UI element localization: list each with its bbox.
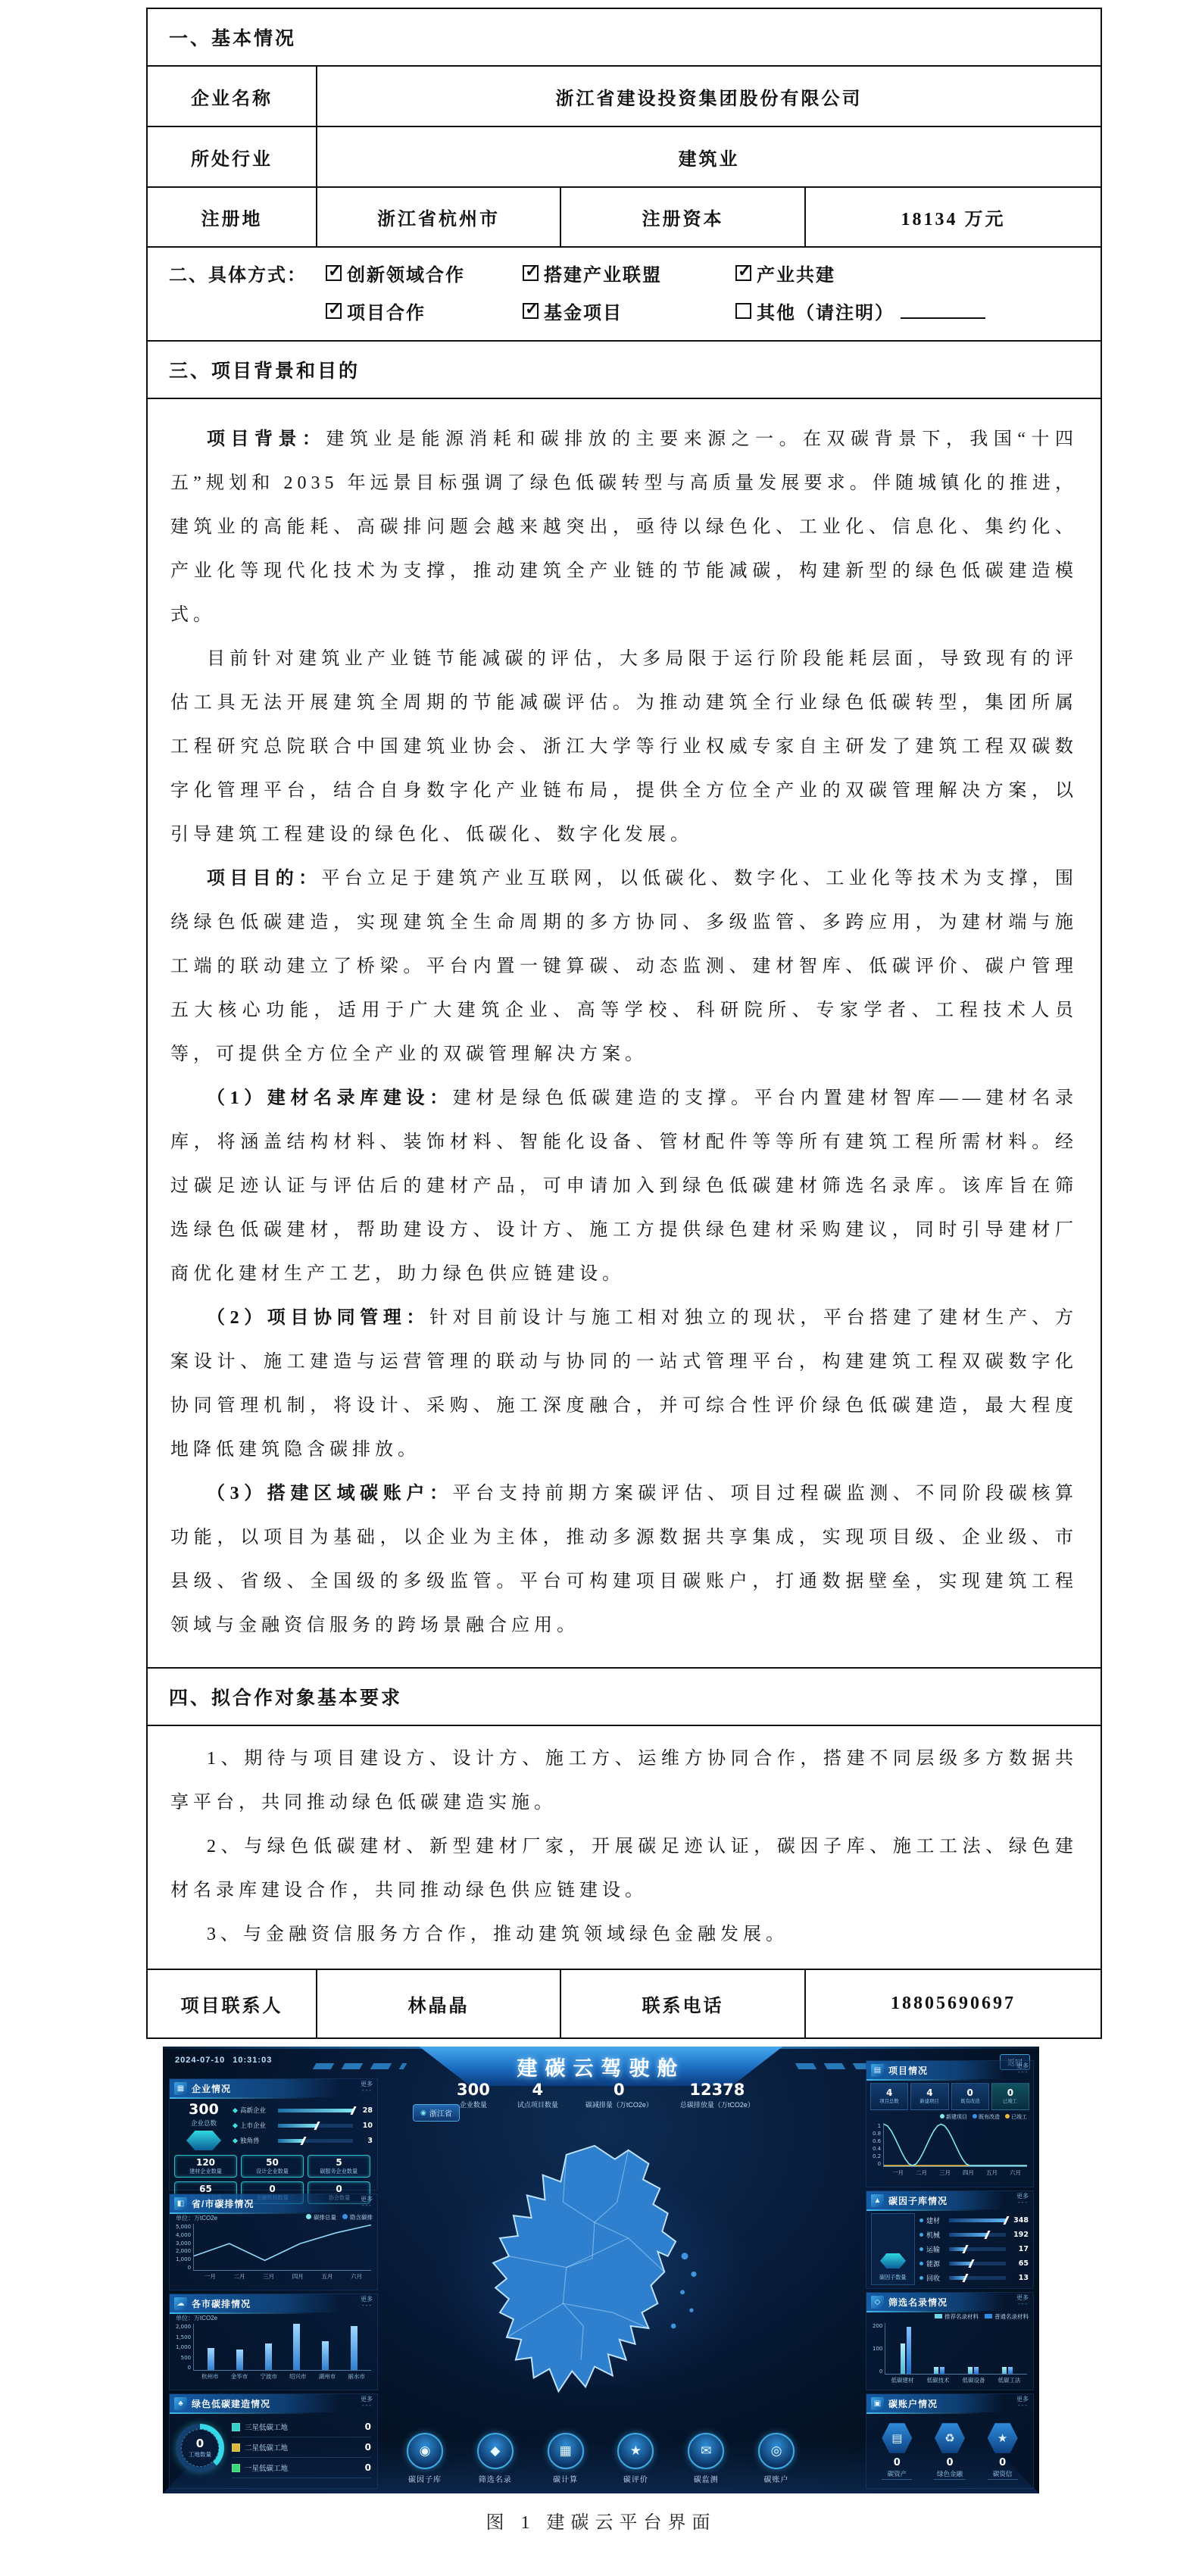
list-item-three-star: 三星低碳工地 0 xyxy=(232,2417,371,2437)
bar-fill xyxy=(278,2139,303,2143)
paragraph: （3）搭建区域碳账户：平台支持前期方案碳评估、项目过程碳监测、不同阶段碳核算功能… xyxy=(170,1472,1078,1647)
more-link[interactable]: 更多--- xyxy=(1016,2396,1029,2409)
y-axis-ticks: 2001000 xyxy=(873,2323,885,2375)
factor-row-recycle: 回收13 xyxy=(919,2271,1029,2285)
bar-value: 3 xyxy=(356,2137,373,2145)
paragraph: 1、期待与项目建设方、设计方、施工方、运维方协同合作，搭建不同层级多方数据共享平… xyxy=(170,1737,1078,1825)
diamond-bullet-icon xyxy=(233,2137,238,2143)
panel-header: ◧ 省/市碳排情况 更多--- xyxy=(170,2194,377,2212)
site-count-gauge: 0 工地数量 xyxy=(176,2424,224,2472)
legend-item: 隐含碳排 xyxy=(342,2213,373,2222)
checkbox-option-co-build[interactable]: 产业共建 xyxy=(735,260,835,286)
panel-province-emission: ◧ 省/市碳排情况 更多--- 碳排总量 隐含碳排 单位：万tCO2e 5,00… xyxy=(169,2194,378,2290)
figure-caption: 图 1 建碳云平台界面 xyxy=(163,2507,1039,2544)
nav-carbon-calc[interactable]: ▦ 碳计算 xyxy=(548,2433,584,2484)
section-title: 一、基本情况 xyxy=(169,23,296,51)
section-basic-info-header: 一、基本情况 xyxy=(148,9,1101,65)
option-label: 搭建产业联盟 xyxy=(544,260,662,286)
section-requirements-body: 1、期待与项目建设方、设计方、施工方、运维方协同合作，搭建不同层级多方数据共享平… xyxy=(148,1725,1101,1969)
zhejiang-province-map[interactable] xyxy=(413,2134,776,2416)
reg-place-label: 注册地 xyxy=(148,188,316,246)
bar-track xyxy=(278,2124,353,2128)
x-axis-labels: 杭州市金华市宁波市绍兴市湖州市丽水市 xyxy=(170,2371,377,2381)
plot-area xyxy=(885,2323,1027,2375)
panel-carbon-account: ▣ 碳账户情况 更多--- ▤ 0 碳资产 ♻ 0 绿色金融 ★ 0 xyxy=(866,2393,1034,2489)
item-value: 0 xyxy=(365,2442,371,2453)
region-selector[interactable]: ◉ 浙江省 xyxy=(413,2104,460,2122)
stat-label: 试点项目数量 xyxy=(517,2100,558,2109)
checkbox-option-alliance[interactable]: 搭建产业联盟 xyxy=(523,260,735,286)
item-label: 碳资产 xyxy=(882,2468,912,2480)
contact-phone-label: 联系电话 xyxy=(560,1970,804,2037)
nav-label: 碳计算 xyxy=(548,2473,584,2484)
methods-line-1: 二、具体方式： 创新领域合作 搭建产业联盟 产业共建 xyxy=(169,254,1101,292)
chart-icon: ◧ xyxy=(174,2197,187,2210)
panel-city-emission: ☁ 各市碳排情况 更多--- 单位：万tCO2e 2,0001,5001,000… xyxy=(169,2293,378,2390)
panel-header: ▲ 碳因子库情况 更多--- xyxy=(866,2191,1033,2209)
panel-title: 绿色低碳建造情况 xyxy=(192,2397,270,2410)
more-link[interactable]: 更多--- xyxy=(1016,2194,1029,2206)
catalog-icon: ◆ xyxy=(477,2433,514,2469)
swatch-icon xyxy=(232,2464,240,2472)
paragraph: （2）项目协同管理：针对目前设计与施工相对独立的现状，平台搭建了建材生产、方案设… xyxy=(170,1296,1078,1472)
date-text: 2024-07-10 xyxy=(175,2056,225,2065)
diamond-bullet-icon xyxy=(233,2107,238,2112)
banner-decor-left xyxy=(313,2063,407,2069)
item-value: 0 xyxy=(365,2462,371,2473)
paragraph-text: 目前针对建筑业产业链节能减碳的评估，大多局限于运行阶段能耗层面，导致现有的评估工… xyxy=(170,649,1078,845)
x-axis-labels: 一月二月三月四月五月六月 xyxy=(170,2271,377,2281)
grouped-bar-chart: 2001000 xyxy=(866,2322,1033,2375)
nav-label: 碳账户 xyxy=(758,2473,795,2484)
building-icon: ▦ xyxy=(174,2082,187,2095)
reg-capital-label: 注册资本 xyxy=(560,188,804,246)
legend-swatch xyxy=(306,2214,311,2219)
legend-swatch xyxy=(342,2214,348,2219)
hex-decor xyxy=(880,2253,906,2268)
stat-carbon-reduction: 0 碳减排量（万tCO2e） xyxy=(585,2081,653,2109)
panel-title: 碳账户情况 xyxy=(888,2397,938,2410)
nav-label: 碳因子库 xyxy=(407,2473,443,2484)
swatch-icon xyxy=(232,2443,240,2452)
more-link[interactable]: 更多--- xyxy=(361,2396,373,2409)
nav-catalog-screening[interactable]: ◆ 筛选名录 xyxy=(477,2433,514,2484)
panel-header: ☁ 各市碳排情况 更多--- xyxy=(170,2294,377,2312)
other-fill-in-blank[interactable] xyxy=(901,302,985,319)
x-axis-labels: 一月二月三月四月五月六月 xyxy=(866,2167,1033,2177)
hex-platform-decor xyxy=(186,2131,221,2150)
bar-track xyxy=(278,2109,353,2112)
factor-total-label: 碳因子数量 xyxy=(879,2273,907,2281)
paragraph: 3、与金融资信服务方合作，推动建筑领域绿色金融发展。 xyxy=(170,1912,1078,1956)
stat-value: 4 xyxy=(517,2081,558,2098)
plot-area xyxy=(193,2224,371,2271)
checkbox-icon[interactable] xyxy=(326,265,342,281)
carbon-factor-icon: ◉ xyxy=(407,2433,443,2469)
paragraph: 项目目的：平台立足于建筑产业互联网，以低碳化、数字化、工业化等技术为支撑，围绕绿… xyxy=(170,857,1078,1076)
y-axis-ticks: 2,0001,5001,0005000 xyxy=(176,2324,193,2371)
company-name-value: 浙江省建设投资集团股份有限公司 xyxy=(316,67,1101,126)
carbon-cloud-dashboard: 2024-07-10 10:31:03 建碳云驾驶舱 返回 300 企业数量 4… xyxy=(163,2047,1039,2493)
section-requirements-header: 四、拟合作对象基本要求 xyxy=(148,1667,1101,1725)
legend-item: 既有改造 xyxy=(973,2113,1000,2121)
green-body: 0 工地数量 三星低碳工地 0 二星低碳工地 0 xyxy=(170,2412,377,2483)
more-link[interactable]: 更多--- xyxy=(1016,2063,1029,2075)
stat-total-emissions: 12378 总碳排放量（万tCO2e） xyxy=(680,2081,754,2109)
contact-name: 林晶晶 xyxy=(316,1970,560,2037)
reg-capital-value: 18134 万元 xyxy=(804,188,1101,246)
factor-rows: 建材348 机械192 运输17 能源65 回收13 xyxy=(919,2213,1029,2285)
dashboard-nav: ◉ 碳因子库 ◆ 筛选名录 ▦ 碳计算 ★ 碳评价 ✉ 碳监测 ◎ 碳账户 xyxy=(407,2433,795,2484)
panel-title: 省/市碳排情况 xyxy=(192,2197,254,2210)
checkbox-option-innovation[interactable]: 创新领域合作 xyxy=(326,260,523,286)
total-label: 企业总数 xyxy=(174,2119,233,2128)
panel-header: ♣ 绿色低碳建造情况 更多--- xyxy=(170,2394,377,2412)
stat-label: 企业数量 xyxy=(457,2100,490,2109)
card-carbon-service-enterprises: 5碳服务企业数量 xyxy=(308,2155,370,2178)
factor-row-energy: 能源65 xyxy=(919,2256,1029,2271)
paragraph: 项目背景：建筑业是能源消耗和碳排放的主要来源之一。在双碳背景下，我国“十四五”规… xyxy=(170,417,1078,637)
item-value: 0 xyxy=(934,2457,966,2468)
nav-carbon-factor-library[interactable]: ◉ 碳因子库 xyxy=(407,2433,443,2484)
panel-header: ▤ 项目情况 更多--- xyxy=(866,2061,1033,2079)
chart-legend: 新建项目 既有改造 已竣工 xyxy=(866,2112,1033,2122)
bar-value: 10 xyxy=(356,2122,373,2130)
paragraph-text: 平台支持前期方案碳评估、项目过程碳监测、不同阶段碳核算功能，以项目为基础，以企业… xyxy=(170,1484,1078,1635)
panel-title: 各市碳排情况 xyxy=(192,2297,251,2310)
contact-phone-value: 18805690697 xyxy=(804,1970,1101,2037)
region-name: 浙江省 xyxy=(429,2107,452,2119)
paragraph: （1）建材名录库建设：建材是绿色低碳建造的支撑。平台内置建材智库——建材名录库，… xyxy=(170,1076,1078,1296)
item-label: 一星低碳工地 xyxy=(245,2462,365,2473)
message-icon: ✉ xyxy=(688,2433,724,2469)
panel-header: ◇ 筛选名录情况 更多--- xyxy=(866,2293,1033,2311)
factor-body: 碳因子数量 建材348 机械192 运输17 能源65 回收13 xyxy=(866,2209,1033,2289)
company-name-label: 企业名称 xyxy=(148,67,316,126)
dashboard-title: 建碳云驾驶舱 xyxy=(517,2052,685,2081)
panel-title: 筛选名录情况 xyxy=(888,2296,948,2309)
leaf-icon: ♣ xyxy=(174,2397,187,2410)
more-link[interactable]: 更多--- xyxy=(361,2197,373,2209)
card-retrofit-projects: 0既有改造 xyxy=(951,2083,989,2110)
item-label: 绿色金融 xyxy=(934,2468,966,2480)
option-label: 其他（请注明） xyxy=(757,298,894,324)
panel-title: 项目情况 xyxy=(888,2064,928,2077)
legend-swatch xyxy=(935,2314,942,2318)
table-row-company-name: 企业名称 浙江省建设投资集团股份有限公司 xyxy=(148,65,1101,126)
paragraph: 目前针对建筑业产业链节能减碳的评估，大多局限于运行阶段能耗层面，导致现有的评估工… xyxy=(170,637,1078,857)
gauge-label: 工地数量 xyxy=(189,2450,211,2459)
legend-swatch xyxy=(985,2314,992,2318)
paragraph-lead: 项目背景： xyxy=(207,429,326,449)
x-axis-labels: 低碳建材低碳技术低碳设备低碳工法 xyxy=(866,2375,1033,2384)
total-value: 300 xyxy=(174,2101,233,2118)
y-axis-ticks: 10.80.60.40.20 xyxy=(873,2123,883,2167)
enterprise-total: 300 企业总数 xyxy=(174,2101,233,2150)
cloud-icon: ☁ xyxy=(174,2297,187,2310)
location-pin-icon: ◉ xyxy=(420,2109,426,2117)
checkbox-icon[interactable] xyxy=(735,303,751,319)
ledger-icon: ▣ xyxy=(871,2397,884,2410)
section-background-header: 三、项目背景和目的 xyxy=(148,340,1101,398)
paragraph-lead: 项目目的： xyxy=(207,869,321,888)
table-row-contact: 项目联系人 林晶晶 联系电话 18805690697 xyxy=(148,1969,1101,2037)
recycle-icon: ♻ xyxy=(935,2421,965,2455)
triangle-icon: ▲ xyxy=(871,2194,884,2207)
nav-label: 碳评价 xyxy=(617,2473,654,2484)
enterprise-summary: 300 企业总数 高新企业 28 上市企业 10 xyxy=(170,2097,377,2152)
line-chart: 5,0004,0003,0002,0001,0000 xyxy=(170,2222,377,2271)
card-design-enterprises: 50设计企业数量 xyxy=(241,2155,304,2178)
legend-item: 碳排总量 xyxy=(306,2213,336,2222)
section-title: 三、项目背景和目的 xyxy=(169,356,360,383)
panel-enterprise: ▦ 企业情况 更多--- 300 企业总数 高新企业 28 xyxy=(169,2078,378,2190)
diamond-icon: ◇ xyxy=(871,2296,884,2309)
folder-icon: ▤ xyxy=(871,2064,884,2077)
stat-value: 300 xyxy=(457,2081,490,2098)
datetime: 2024-07-10 10:31:03 xyxy=(175,2056,272,2065)
checkbox-option-other[interactable]: 其他（请注明） xyxy=(735,298,985,324)
bar-fill xyxy=(278,2109,353,2112)
legend-item: 推荐名录材料 xyxy=(935,2312,979,2321)
item-value: 0 xyxy=(882,2457,912,2468)
nav-label: 筛选名录 xyxy=(477,2473,514,2484)
chart-legend: 推荐名录材料 普通名录材料 xyxy=(935,2312,1029,2321)
bar-track xyxy=(278,2139,353,2143)
paragraph-lead: （1）建材名录库建设： xyxy=(207,1088,453,1108)
bar-value: 28 xyxy=(356,2106,373,2115)
industry-value: 建筑业 xyxy=(316,127,1101,186)
checkbox-icon[interactable] xyxy=(523,265,539,281)
reg-place-value: 浙江省杭州市 xyxy=(316,188,560,246)
stat-label: 总碳排放量（万tCO2e） xyxy=(680,2100,754,2109)
disc-icon: ◎ xyxy=(758,2433,795,2469)
item-label: 碳资信 xyxy=(988,2468,1018,2480)
coins-icon: ▤ xyxy=(882,2421,912,2455)
factor-row-transport: 运输17 xyxy=(919,2242,1029,2256)
paragraph-lead: （2）项目协同管理： xyxy=(207,1308,429,1328)
factor-row-machinery: 机械192 xyxy=(919,2228,1029,2242)
paragraph-text: 建筑业是能源消耗和碳排放的主要来源之一。在双碳背景下，我国“十四五”规划和 20… xyxy=(170,429,1078,625)
swatch-icon xyxy=(232,2423,240,2431)
more-link[interactable]: 更多--- xyxy=(361,2081,373,2094)
checkbox-option-fund[interactable]: 基金项目 xyxy=(523,298,735,324)
gauge-value: 0 xyxy=(196,2437,204,2450)
stat-enterprises: 300 企业数量 xyxy=(457,2081,490,2109)
site-list: 三星低碳工地 0 二星低碳工地 0 一星低碳工地 0 xyxy=(224,2417,371,2478)
bar-chart: 2,0001,5001,0005000 xyxy=(170,2322,377,2371)
stat-value: 12378 xyxy=(680,2081,754,2098)
methods-line-2: 项目合作 基金项目 其他（请注明） xyxy=(169,292,1101,329)
legend-item: 普通名录材料 xyxy=(985,2312,1029,2321)
table-row-registration: 注册地 浙江省杭州市 注册资本 18134 万元 xyxy=(148,186,1101,246)
option-label: 产业共建 xyxy=(757,260,835,286)
stat-value: 0 xyxy=(585,2081,653,2098)
section-background-body: 项目背景：建筑业是能源消耗和碳排放的主要来源之一。在双碳背景下，我国“十四五”规… xyxy=(148,398,1101,1667)
item-label: 三星低碳工地 xyxy=(245,2421,365,2432)
legend-item: 已竣工 xyxy=(1005,2113,1027,2121)
panel-title: 碳因子库情况 xyxy=(888,2194,948,2207)
account-item-carbon-credit: ★ 0 碳资信 xyxy=(988,2421,1018,2480)
chart-legend: 碳排总量 隐含碳排 xyxy=(306,2213,373,2222)
item-value: 0 xyxy=(365,2421,371,2432)
card-project-total: 4项目总数 xyxy=(870,2083,908,2110)
document-page: 一、基本情况 企业名称 浙江省建设投资集团股份有限公司 所处行业 建筑业 注册地… xyxy=(0,8,1202,2576)
account-item-green-finance: ♻ 0 绿色金融 xyxy=(934,2421,966,2480)
account-item-carbon-assets: ▤ 0 碳资产 xyxy=(882,2421,912,2480)
panel-green-construction: ♣ 绿色低碳建造情况 更多--- 0 工地数量 三星低碳工地 0 xyxy=(169,2393,378,2489)
more-link[interactable]: 更多--- xyxy=(361,2297,373,2309)
bar-label: 上市企业 xyxy=(240,2121,275,2130)
paragraph-text: 针对目前设计与施工相对独立的现状，平台搭建了建材生产、方案设计、施工建造与运营管… xyxy=(170,1308,1078,1460)
nav-carbon-account[interactable]: ◎ 碳账户 xyxy=(758,2433,795,2484)
contact-label: 项目联系人 xyxy=(148,1970,316,2037)
diamond-bullet-icon xyxy=(233,2122,238,2128)
bar-label: 高新企业 xyxy=(240,2106,275,2115)
nav-carbon-evaluation[interactable]: ★ 碳评价 xyxy=(617,2433,654,2484)
panel-project: ▤ 项目情况 更多--- 4项目总数 4新建项目 0既有改造 0已竣工 新建项目… xyxy=(866,2060,1034,2187)
bar-row-hightech: 高新企业 28 xyxy=(233,2103,373,2118)
card-material-enterprises: 120建材企业数量 xyxy=(174,2155,237,2178)
time-text: 10:31:03 xyxy=(233,2056,272,2065)
panel-carbon-factor: ▲ 碳因子库情况 更多--- 碳因子数量 建材348 机械192 运输17 能源… xyxy=(866,2190,1034,2289)
table-row-industry: 所处行业 建筑业 xyxy=(148,126,1101,186)
section-title: 四、拟合作对象基本要求 xyxy=(169,1683,402,1710)
bar-row-unicorn: 独角兽 3 xyxy=(233,2133,373,2148)
option-label: 创新领域合作 xyxy=(347,260,465,286)
checkbox-icon[interactable] xyxy=(735,265,751,281)
plot-area xyxy=(883,2123,1027,2167)
card-completed-projects: 0已竣工 xyxy=(991,2083,1029,2110)
paragraph-text: 建材是绿色低碳建造的支撑。平台内置建材智库——建材名录库，将涵盖结构材料、装饰材… xyxy=(170,1088,1078,1284)
checkbox-icon[interactable] xyxy=(326,303,342,319)
bar-fill xyxy=(278,2124,317,2128)
paragraph: 2、与绿色低碳建材、新型建材厂家，开展碳足迹认证，碳因子库、施工工法、绿色建材名… xyxy=(170,1825,1078,1912)
bar-row-listed: 上市企业 10 xyxy=(233,2118,373,2133)
line-chart: 10.80.60.40.20 xyxy=(866,2122,1033,2167)
panel-header: ▣ 碳账户情况 更多--- xyxy=(866,2394,1033,2412)
y-axis-ticks: 5,0004,0003,0002,0001,0000 xyxy=(176,2224,193,2271)
star-icon: ★ xyxy=(988,2421,1018,2455)
stat-pilot-projects: 4 试点项目数量 xyxy=(517,2081,558,2109)
checkbox-option-project[interactable]: 项目合作 xyxy=(326,298,523,324)
factor-row-material: 建材348 xyxy=(919,2213,1029,2228)
list-item-one-star: 一星低碳工地 0 xyxy=(232,2458,371,2478)
paragraph-lead: （3）搭建区域碳账户： xyxy=(207,1484,453,1503)
legend-item: 新建项目 xyxy=(940,2113,967,2121)
bars xyxy=(194,2324,371,2370)
panel-title: 企业情况 xyxy=(192,2082,231,2095)
account-body: ▤ 0 碳资产 ♻ 0 绿色金融 ★ 0 碳资信 xyxy=(866,2412,1033,2480)
list-item-two-star: 二星低碳工地 0 xyxy=(232,2437,371,2458)
cooperation-form-table: 一、基本情况 企业名称 浙江省建设投资集团股份有限公司 所处行业 建筑业 注册地… xyxy=(146,8,1102,2039)
calculator-icon: ▦ xyxy=(548,2433,584,2469)
section-methods: 二、具体方式： 创新领域合作 搭建产业联盟 产业共建 项目合 xyxy=(148,246,1101,340)
stat-label: 碳减排量（万tCO2e） xyxy=(585,2100,653,2109)
panel-header: ▦ 企业情况 更多--- xyxy=(170,2079,377,2097)
checkbox-icon[interactable] xyxy=(523,303,539,319)
methods-title: 二、具体方式： xyxy=(169,260,326,286)
industry-label: 所处行业 xyxy=(148,127,316,186)
summary-stats: 300 企业数量 4 试点项目数量 0 碳减排量（万tCO2e） 12378 总… xyxy=(457,2081,754,2109)
paragraph-text: 平台立足于建筑产业互联网，以低碳化、数字化、工业化等技术为支撑，围绕绿色低碳建造… xyxy=(170,869,1078,1064)
factor-total-box: 碳因子数量 xyxy=(871,2213,915,2285)
item-label: 二星低碳工地 xyxy=(245,2442,365,2453)
series-new xyxy=(884,2123,1027,2166)
item-value: 0 xyxy=(988,2457,1018,2468)
option-label: 项目合作 xyxy=(347,298,426,324)
enterprise-bars: 高新企业 28 上市企业 10 独角兽 3 xyxy=(233,2101,373,2150)
bar-label: 独角兽 xyxy=(240,2136,275,2145)
bars xyxy=(885,2323,1027,2374)
star-icon: ★ xyxy=(617,2433,654,2469)
card-new-projects: 4新建项目 xyxy=(910,2083,948,2110)
map-svg xyxy=(413,2134,776,2416)
option-label: 基金项目 xyxy=(544,298,623,324)
panel-catalog: ◇ 筛选名录情况 更多--- 推荐名录材料 普通名录材料 2001000 低碳建… xyxy=(866,2292,1034,2390)
nav-carbon-monitoring[interactable]: ✉ 碳监测 xyxy=(688,2433,724,2484)
project-cards: 4项目总数 4新建项目 0既有改造 0已竣工 xyxy=(866,2079,1033,2112)
nav-label: 碳监测 xyxy=(688,2473,724,2484)
plot-area xyxy=(193,2324,371,2371)
more-link[interactable]: 更多--- xyxy=(1016,2295,1029,2307)
